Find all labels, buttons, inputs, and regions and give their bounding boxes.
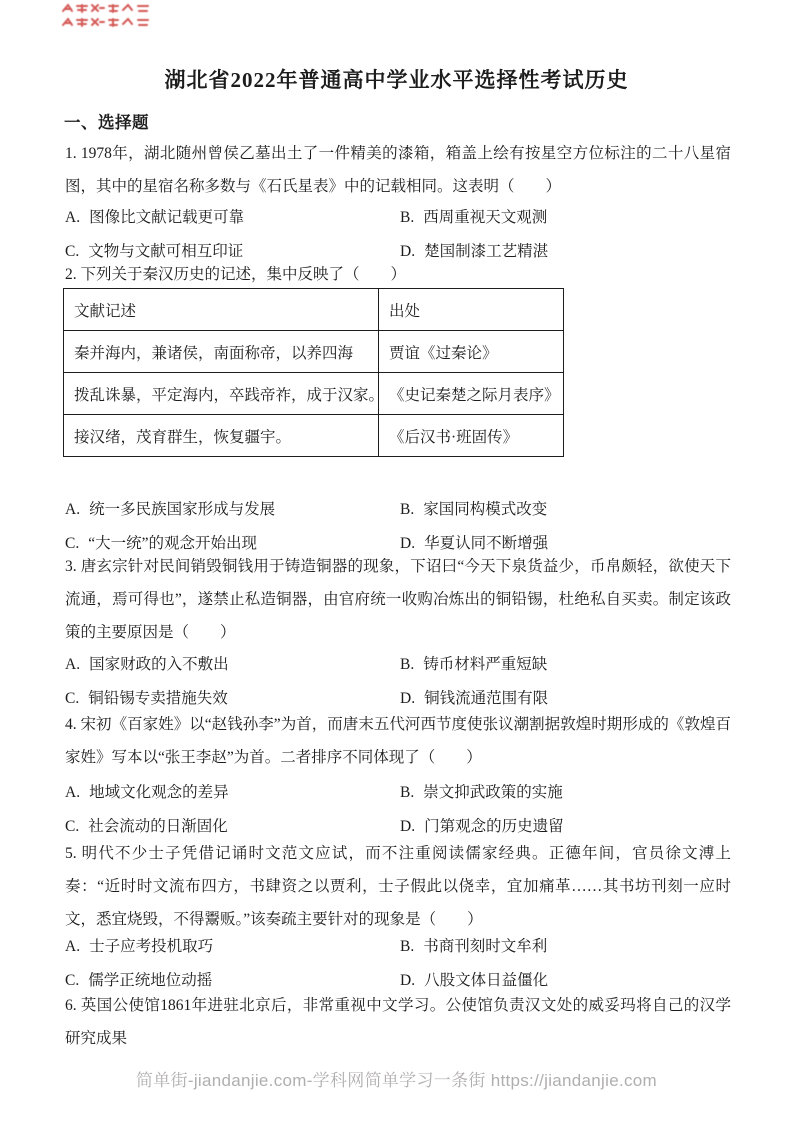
question-3-option-a: A.国家财政的入不敷出 <box>65 655 400 674</box>
page-title: 湖北省2022年普通高中学业水平选择性考试历史 <box>0 64 793 94</box>
question-5-stem: 5. 明代不少士子凭借记诵时文范文应试，而不注重阅读儒家经典。正德年间，官员徐文… <box>65 837 731 936</box>
question-1-stem: 1. 1978年，湖北随州曾侯乙墓出土了一件精美的漆箱，箱盖上绘有按星空方位标注… <box>65 137 731 203</box>
question-4-options: A.地域文化观念的差异 B.崇文抑武政策的实施 C.社会流动的日渐固化 D.门第… <box>65 783 731 836</box>
question-2-sources-table: 文献记述 出处 秦并海内，兼诸侯，南面称帝，以养四海 贾谊《过秦论》 拨乱诛暴，… <box>63 288 564 457</box>
table-row: 秦并海内，兼诸侯，南面称帝，以养四海 贾谊《过秦论》 <box>64 331 564 373</box>
table-row: 拨乱诛暴，平定海内，卒践帝祚，成于汉家。 《史记秦楚之际月表序》 <box>64 373 564 415</box>
question-5-option-b: B.书商刊刻时文牟利 <box>400 937 731 956</box>
question-5-option-d: D.八股文体日益僵化 <box>400 971 731 990</box>
question-4-option-d: D.门第观念的历史遗留 <box>400 817 731 836</box>
question-5-options: A.士子应考投机取巧 B.书商刊刻时文牟利 C.儒学正统地位动摇 D.八股文体日… <box>65 937 731 990</box>
question-2-option-a: A.统一多民族国家形成与发展 <box>65 500 400 519</box>
question-3-option-b: B.铸币材料严重短缺 <box>400 655 731 674</box>
question-5-option-c: C.儒学正统地位动摇 <box>65 971 400 990</box>
question-1-option-b: B.西周重视天文观测 <box>400 208 731 227</box>
question-3-stem: 3. 唐玄宗针对民间销毁铜钱用于铸造铜器的现象，下诏曰“今天下泉货益少，币帛颇轻… <box>65 550 731 649</box>
question-2-options: A.统一多民族国家形成与发展 B.家国同构模式改变 C.“大一统”的观念开始出现… <box>65 500 731 553</box>
question-4-option-b: B.崇文抑武政策的实施 <box>400 783 731 802</box>
red-stamp-marks-icon <box>60 2 162 31</box>
section-heading: 一、选择题 <box>64 109 149 133</box>
footer-watermark: 简单街-jiandanjie.com-学科网简单学习一条街 https://ji… <box>0 1066 793 1091</box>
question-2-stem: 2. 下列关于秦汉历史的记述，集中反映了（ ） <box>65 258 731 291</box>
question-4-option-a: A.地域文化观念的差异 <box>65 783 400 802</box>
table-header-source: 出处 <box>379 289 564 331</box>
question-1-option-a: A.图像比文献记载更可靠 <box>65 208 400 227</box>
question-2-option-b: B.家国同构模式改变 <box>400 500 731 519</box>
table-header-record: 文献记述 <box>64 289 379 331</box>
question-1-options: A.图像比文献记载更可靠 B.西周重视天文观测 C.文物与文献可相互印证 D.楚… <box>65 208 731 261</box>
table-row: 接汉绪，茂育群生，恢复疆宇。 《后汉书·班固传》 <box>64 415 564 457</box>
question-5-option-a: A.士子应考投机取巧 <box>65 937 400 956</box>
question-3-option-c: C.铜铅锡专卖措施失效 <box>65 689 400 708</box>
question-4-stem: 4. 宋初《百家姓》以“赵钱孙李”为首，而唐末五代河西节度使张议潮割据敦煌时期形… <box>65 708 731 774</box>
question-4-option-c: C.社会流动的日渐固化 <box>65 817 400 836</box>
table-header-row: 文献记述 出处 <box>64 289 564 331</box>
question-3-options: A.国家财政的入不敷出 B.铸币材料严重短缺 C.铜铅锡专卖措施失效 D.铜钱流… <box>65 655 731 708</box>
exam-document-page: 湖北省2022年普通高中学业水平选择性考试历史 一、选择题 1. 1978年，湖… <box>0 0 793 1122</box>
question-6-stem: 6. 英国公使馆1861年进驻北京后，非常重视中文学习。公使馆负责汉文处的威妥玛… <box>65 989 731 1055</box>
question-3-option-d: D.铜钱流通范围有限 <box>400 689 731 708</box>
